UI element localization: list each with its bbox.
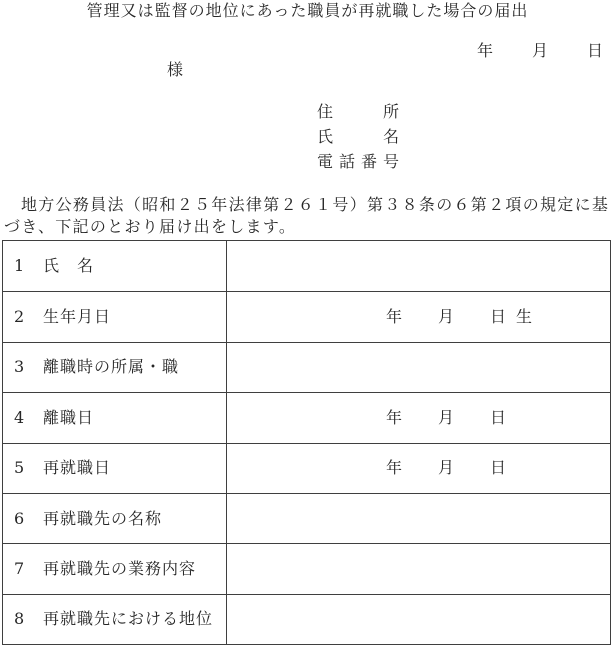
row-value-cell xyxy=(226,595,610,644)
row-label-cell: 1 氏 名 xyxy=(3,241,226,291)
table-row: 1 氏 名 xyxy=(3,241,610,291)
table-row: 3 離職時の所属・職 xyxy=(3,342,610,392)
date-day-label: 日 xyxy=(587,43,603,59)
date-month-label: 月 xyxy=(532,43,548,59)
body-line-1: 地方公務員法（昭和２５年法律第２６１号）第３８条の６第２項の規定に基 xyxy=(4,194,613,216)
row-label: 氏 名 xyxy=(43,258,94,274)
row-value-cell xyxy=(226,343,610,392)
row-label: 生年月日 xyxy=(43,309,111,325)
row-label: 再就職先における地位 xyxy=(43,611,213,627)
page-title: 管理又は監督の地位にあった職員が再就職した場合の届出 xyxy=(0,3,615,19)
row-value: 年 月 日 xyxy=(386,460,516,476)
date-year-label: 年 xyxy=(477,43,493,59)
row-number: 8 xyxy=(14,611,43,627)
row-label: 再就職先の業務内容 xyxy=(43,561,196,577)
sender-phone-label: 電話番号 xyxy=(317,154,399,179)
row-label-cell: 7 再就職先の業務内容 xyxy=(3,544,226,593)
sender-block: 住 所 氏 名 電話番号 xyxy=(317,104,399,179)
table-row: 8 再就職先における地位 xyxy=(3,594,610,644)
row-value-cell: 年 月 日 xyxy=(226,393,610,442)
row-number: 1 xyxy=(14,258,43,274)
document-page: 管理又は監督の地位にあった職員が再就職した場合の届出 年 月 日 様 住 所 氏… xyxy=(0,0,615,650)
sender-name-char1: 氏 xyxy=(317,129,333,145)
row-label: 再就職先の名称 xyxy=(43,511,162,527)
row-label: 再就職日 xyxy=(43,460,111,476)
row-label-cell: 5 再就職日 xyxy=(3,444,226,493)
row-value: 年 月 日 xyxy=(386,410,516,426)
sender-name-char2: 名 xyxy=(383,129,399,145)
sender-address-label: 住 所 xyxy=(317,104,399,129)
table-row: 7 再就職先の業務内容 xyxy=(3,543,610,593)
row-label-cell: 2 生年月日 xyxy=(3,292,226,341)
row-number: 4 xyxy=(14,410,43,426)
row-label: 離職時の所属・職 xyxy=(43,359,179,375)
row-value-cell: 年 月 日生 xyxy=(226,292,610,341)
row-number: 7 xyxy=(14,561,43,577)
row-label-cell: 4 離職日 xyxy=(3,393,226,442)
body-line-2: づき、下記のとおり届け出をします。 xyxy=(4,216,613,238)
sender-address-char2: 所 xyxy=(383,104,399,120)
table-row: 5 再就職日 年 月 日 xyxy=(3,443,610,493)
row-label: 離職日 xyxy=(43,410,94,426)
issue-date-line: 年 月 日 xyxy=(477,43,603,59)
row-number: 3 xyxy=(14,359,43,375)
form-table: 1 氏 名 2 生年月日 年 月 日生 3 離職時の所属・職 xyxy=(2,240,611,645)
sender-address-char1: 住 xyxy=(317,104,333,120)
row-number: 6 xyxy=(14,511,43,527)
row-value-cell xyxy=(226,494,610,543)
table-row: 2 生年月日 年 月 日生 xyxy=(3,291,610,341)
table-row: 6 再就職先の名称 xyxy=(3,493,610,543)
table-row: 4 離職日 年 月 日 xyxy=(3,392,610,442)
row-value-cell xyxy=(226,544,610,593)
row-number: 5 xyxy=(14,460,43,476)
row-number: 2 xyxy=(14,309,43,325)
addressee-suffix: 様 xyxy=(167,62,183,78)
sender-name-label: 氏 名 xyxy=(317,129,399,154)
row-value-cell: 年 月 日 xyxy=(226,444,610,493)
row-label-cell: 3 離職時の所属・職 xyxy=(3,343,226,392)
row-label-cell: 6 再就職先の名称 xyxy=(3,494,226,543)
row-label-cell: 8 再就職先における地位 xyxy=(3,595,226,644)
row-value-cell xyxy=(226,241,610,291)
body-paragraph: 地方公務員法（昭和２５年法律第２６１号）第３８条の６第２項の規定に基 づき、下記… xyxy=(4,194,613,238)
row-value: 年 月 日生 xyxy=(386,309,542,325)
